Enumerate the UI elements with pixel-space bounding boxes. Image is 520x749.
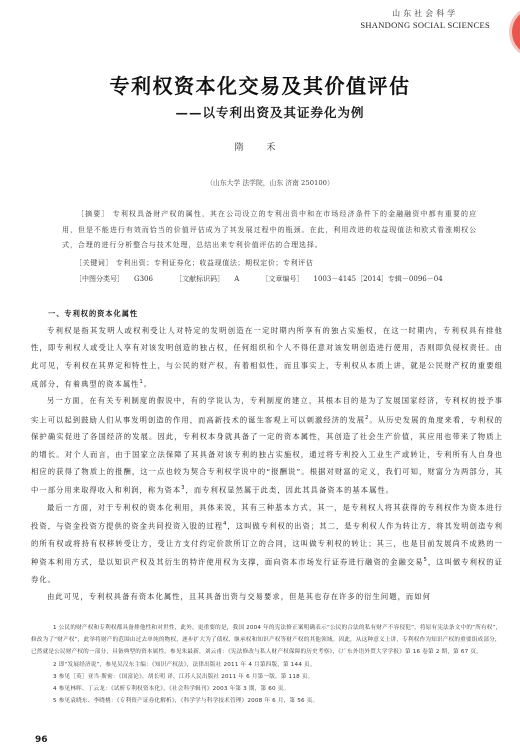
abstract: ［摘要］ 专利权具备财产权的属性，其在公司设立的专利出资中和在市场经济条件下的金… bbox=[62, 207, 477, 254]
doc-code-label: ［文献标识码］ bbox=[175, 275, 224, 283]
article-title: 专利权资本化交易及其价值评估 bbox=[0, 70, 520, 99]
author-affiliation: （山东大学 法学院，山东 济南 250100） bbox=[0, 177, 520, 187]
article-no-label: ［文章编号］ bbox=[261, 275, 303, 283]
footnote: 3 参见［英］亚当·斯密：《国富论》，胡长明 译，江苏人民出版社 2011 年 … bbox=[31, 671, 503, 683]
journal-name-cn: 山东社会科学 bbox=[360, 8, 490, 19]
article-subtitle: ——以专利出资及其证券化为例 bbox=[0, 103, 520, 121]
page-number: 96 bbox=[35, 735, 48, 745]
paragraph: 最后一方面，对于专利权的资本化利用，具体来说，其有三种基本方式，其一，是专利权人… bbox=[31, 499, 503, 588]
paragraph: 由此可见，专利权具备有资本化属性，且其具备出资与交易要求，但是其也存在许多的衍生… bbox=[31, 588, 503, 605]
red-seal-icon bbox=[512, 10, 520, 54]
abstract-text: 专利权具备财产权的属性，其在公司设立的专利出资中和在市场经济条件下的金融融资中都… bbox=[62, 210, 477, 249]
clc-value: G306 bbox=[134, 275, 153, 283]
article-no-value: 1003－4145［2014］专辑－0096－04 bbox=[313, 275, 442, 283]
article-author: 隋 禾 bbox=[0, 140, 520, 153]
clc-label: ［中图分类号］ bbox=[75, 275, 124, 283]
paragraph: 另一方面，在有关专利制度的假说中，有的学说认为，专利制度的建立，其根本目的是为了… bbox=[31, 392, 503, 498]
classification-line: ［中图分类号］G306 ［文献标识码］A ［文章编号］1003－4145［201… bbox=[75, 274, 463, 284]
doc-code-value: A bbox=[234, 275, 239, 283]
footnote: 2 即“发展经济说”，参见吴汉东主编：《知识产权法》，法律出版社 2011 年 … bbox=[31, 659, 503, 671]
section-heading: 一、专利权的资本化属性 bbox=[48, 309, 138, 319]
paragraph: 专利权是指其发明人或权利受让人对特定的发明创造在一定时期内所享有的独占实施权，在… bbox=[31, 322, 503, 392]
keywords-text: 专利出资；专利证券化；收益现值法；期权定价；专利评估 bbox=[116, 259, 314, 267]
journal-header: 山东社会科学 SHANDONG SOCIAL SCIENCES bbox=[360, 8, 490, 30]
footnote: 5 参见袁晓东、李晓桃：《专利资产证券化解析》，《科学学与科学技术管理》2008… bbox=[31, 695, 503, 707]
footnotes: 1 公民的财产权和专利权都具备排他性和对世性，此外，更重要的是，我国 2004 … bbox=[31, 622, 503, 707]
footnote: 4 参见林晖、丁云龙：《试析专利权资本化》，《社会科学辑刊》2003 年第 3 … bbox=[31, 683, 503, 695]
footnote: 1 公民的财产权和专利权都具备排他性和对世性，此外，更重要的是，我国 2004 … bbox=[31, 622, 503, 659]
body-text: 专利权是指其发明人或权利受让人对特定的发明创造在一定时期内所享有的独占实施权，在… bbox=[31, 322, 503, 605]
keywords: ［关键词］ 专利出资；专利证券化；收益现值法；期权定价；专利评估 bbox=[75, 258, 313, 268]
abstract-label: ［摘要］ bbox=[77, 210, 109, 218]
keywords-label: ［关键词］ bbox=[75, 259, 113, 267]
journal-name-en: SHANDONG SOCIAL SCIENCES bbox=[360, 20, 490, 30]
